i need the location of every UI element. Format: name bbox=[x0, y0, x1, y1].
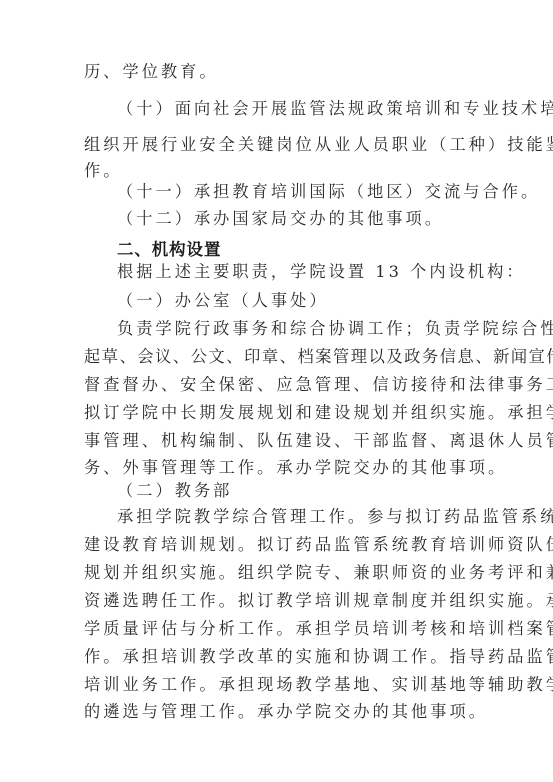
paragraph-line: 作。承担培训教学改革的实施和协调工作。指导药品监管系统 bbox=[84, 647, 553, 667]
paragraph-line: 事管理、机构编制、队伍建设、干部监督、离退休人员管理服 bbox=[84, 431, 553, 451]
section-heading: 二、机构设置 bbox=[117, 240, 221, 260]
paragraph-line: 的遴选与管理工作。承办学院交办的其他事项。 bbox=[84, 702, 488, 722]
paragraph-line: 学质量评估与分析工作。承担学员培训考核和培训档案管理工 bbox=[84, 619, 553, 639]
paragraph-line: 拟订学院中长期发展规划和建设规划并组织实施。承担学院人 bbox=[84, 403, 553, 423]
list-item-11: （十一）承担教育培训国际（地区）交流与合作。 bbox=[117, 182, 540, 202]
paragraph-line: 起草、会议、公文、印章、档案管理以及政务信息、新闻宣传、 bbox=[84, 347, 553, 367]
paragraph-line: 培训业务工作。承担现场教学基地、实训基地等辅助教学单位 bbox=[84, 675, 553, 695]
department-title-office: （一）办公室（人事处） bbox=[117, 291, 329, 311]
paragraph-line: 务、外事管理等工作。承办学院交办的其他事项。 bbox=[84, 458, 507, 478]
paragraph-line: 历、学位教育。 bbox=[84, 62, 219, 82]
section-intro: 根据上述主要职责，学院设置 13 个内设机构： bbox=[117, 262, 526, 282]
paragraph-line: 资遴选聘任工作。拟订教学培训规章制度并组织实施。承担教 bbox=[84, 591, 553, 611]
paragraph-line: 承担学院教学综合管理工作。参与拟订药品监管系统队伍 bbox=[117, 507, 553, 527]
paragraph-line: 组织开展行业安全关键岗位从业人员职业（工种）技能鉴定工 bbox=[84, 135, 553, 155]
list-item-12: （十二）承办国家局交办的其他事项。 bbox=[117, 209, 444, 229]
paragraph-line: 规划并组织实施。组织学院专、兼职师资的业务考评和兼职师 bbox=[84, 563, 553, 583]
paragraph-line: 负责学院行政事务和综合协调工作；负责学院综合性文稿 bbox=[117, 319, 553, 339]
paragraph-line: 建设教育培训规划。拟订药品监管系统教育培训师资队伍建设 bbox=[84, 535, 553, 555]
list-item-10: （十）面向社会开展监管法规政策培训和专业技术培训。 bbox=[117, 99, 553, 119]
department-title-academic-affairs: （二）教务部 bbox=[117, 481, 232, 501]
paragraph-line: 作。 bbox=[84, 161, 122, 181]
document-page: 历、学位教育。 （十）面向社会开展监管法规政策培训和专业技术培训。 组织开展行业… bbox=[0, 0, 553, 782]
paragraph-line: 督查督办、安全保密、应急管理、信访接待和法律事务工作。 bbox=[84, 375, 553, 395]
